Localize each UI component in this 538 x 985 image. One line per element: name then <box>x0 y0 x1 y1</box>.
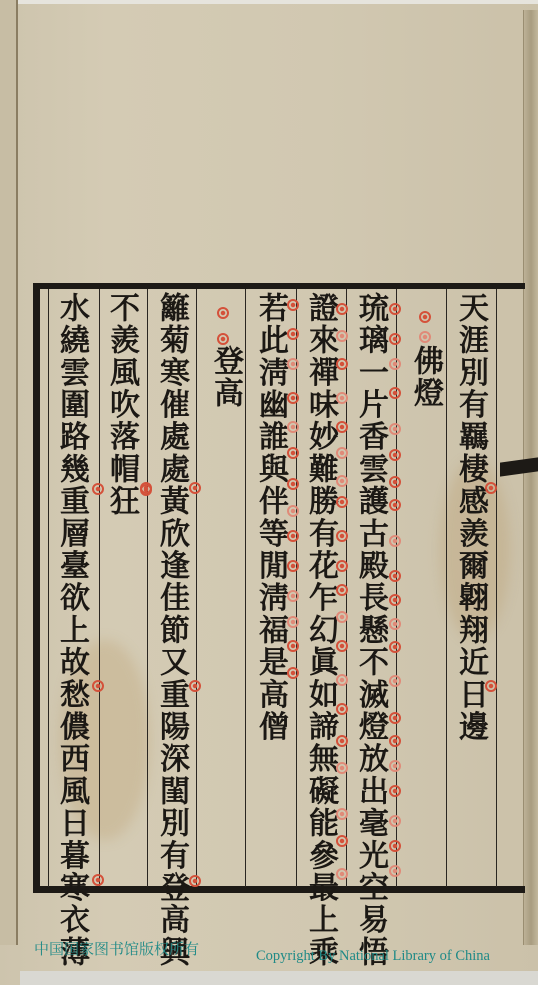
punctuation-circle <box>389 303 401 315</box>
punctuation-circle <box>336 421 348 433</box>
punctuation-circle <box>287 478 299 490</box>
punctuation-circle <box>287 530 299 542</box>
punctuation-circle <box>287 667 299 679</box>
punctuation-circle <box>389 499 401 511</box>
punctuation-circle <box>389 535 401 547</box>
punctuation-circle <box>389 641 401 653</box>
punctuation-circle <box>287 560 299 572</box>
punctuation-circle <box>485 482 497 494</box>
punctuation-circle <box>287 328 299 340</box>
column-rule <box>396 289 397 887</box>
punctuation-circle <box>336 560 348 572</box>
punctuation-circle <box>485 680 497 692</box>
text-column-7: 籬菊寒催處處黃欣逢佳節又重陽深閨別有登高興 <box>153 292 189 968</box>
punctuation-circle <box>336 496 348 508</box>
punctuation-circle <box>389 476 401 488</box>
column-rule <box>496 289 497 887</box>
punctuation-circle <box>336 868 348 880</box>
punctuation-circle <box>336 640 348 652</box>
punctuation-circle <box>336 475 348 487</box>
punctuation-circle <box>419 311 431 323</box>
column-rule <box>48 289 49 887</box>
punctuation-circle <box>336 447 348 459</box>
left-page-edge <box>0 0 18 945</box>
punctuation-circle <box>336 735 348 747</box>
text-column-1: 天涯別有羈棲感羨爾翺翔近日邊 <box>452 292 488 743</box>
poem-title-fodeng: 佛燈 <box>403 345 447 409</box>
punctuation-circle <box>389 735 401 747</box>
punctuation-circle <box>92 483 104 495</box>
punctuation-circle <box>389 387 401 399</box>
column-rule <box>147 289 148 887</box>
punctuation-circle <box>92 680 104 692</box>
punctuation-circle <box>389 865 401 877</box>
punctuation-circle <box>336 835 348 847</box>
right-binding-edge <box>523 10 538 945</box>
punctuation-circle <box>336 808 348 820</box>
column-rule <box>99 289 100 887</box>
punctuation-circle <box>336 392 348 404</box>
punctuation-circle <box>217 307 229 319</box>
punctuation-circle <box>287 505 299 517</box>
punctuation-circle <box>336 303 348 315</box>
punctuation-circle <box>419 331 431 343</box>
punctuation-circle <box>389 785 401 797</box>
punctuation-circle <box>336 762 348 774</box>
punctuation-circle <box>287 616 299 628</box>
punctuation-circle <box>389 840 401 852</box>
punctuation-circle <box>389 712 401 724</box>
scan-bottom-edge <box>20 971 538 985</box>
punctuation-circle <box>336 674 348 686</box>
punctuation-circle <box>389 423 401 435</box>
punctuation-circle <box>287 640 299 652</box>
punctuation-circle <box>287 590 299 602</box>
poem-title-denggao: 登高 <box>203 345 247 409</box>
text-column-3: 琉璃一片香雲護古殿長懸不滅燈放出毫光空易悟 <box>352 292 388 968</box>
punctuation-circle <box>336 530 348 542</box>
punctuation-circle <box>389 594 401 606</box>
text-column-8: 不羨風吹落帽狂 <box>103 292 139 517</box>
punctuation-circle <box>389 618 401 630</box>
text-column-9: 水繞雲圍路幾重層臺欲上故愁儂西風日暮寒衣薄 <box>53 292 89 968</box>
punctuation-circle <box>389 333 401 345</box>
scan-top-edge <box>0 0 538 4</box>
punctuation-circle <box>189 482 201 494</box>
punctuation-circle <box>287 392 299 404</box>
text-column-5: 若此淸幽誰與伴等閒淸福是高僧 <box>252 292 288 743</box>
punctuation-circle <box>389 675 401 687</box>
copyright-cn: 中国国家图书馆版权所有 <box>34 938 199 959</box>
punctuation-circle <box>287 421 299 433</box>
punctuation-circle <box>389 449 401 461</box>
punctuation-circle <box>287 358 299 370</box>
punctuation-circle <box>287 299 299 311</box>
punctuation-circle <box>92 874 104 886</box>
punctuation-circle <box>217 333 229 345</box>
punctuation-circle <box>336 703 348 715</box>
text-column-4: 證來禪味妙難勝有花乍幻眞如諦無礙能參最上乘 <box>302 292 338 968</box>
column-rule <box>296 289 297 887</box>
punctuation-circle <box>389 760 401 772</box>
punctuation-circle <box>336 330 348 342</box>
punctuation-circle <box>336 584 348 596</box>
punctuation-circle <box>189 875 201 887</box>
punctuation-circle <box>336 611 348 623</box>
column-rule <box>196 289 197 887</box>
punctuation-circle <box>389 815 401 827</box>
punctuation-circle <box>189 680 201 692</box>
scanned-page: 天涯別有羈棲感羨爾翺翔近日邊 佛燈 琉璃一片香雲護古殿長懸不滅燈放出毫光空易悟 … <box>0 0 538 985</box>
punctuation-circle <box>389 570 401 582</box>
punctuation-circle <box>389 358 401 370</box>
copyright-en: Copyright By National Library of China <box>256 948 490 965</box>
punctuation-circle <box>336 358 348 370</box>
punctuation-circle <box>140 484 152 496</box>
punctuation-circle <box>287 447 299 459</box>
